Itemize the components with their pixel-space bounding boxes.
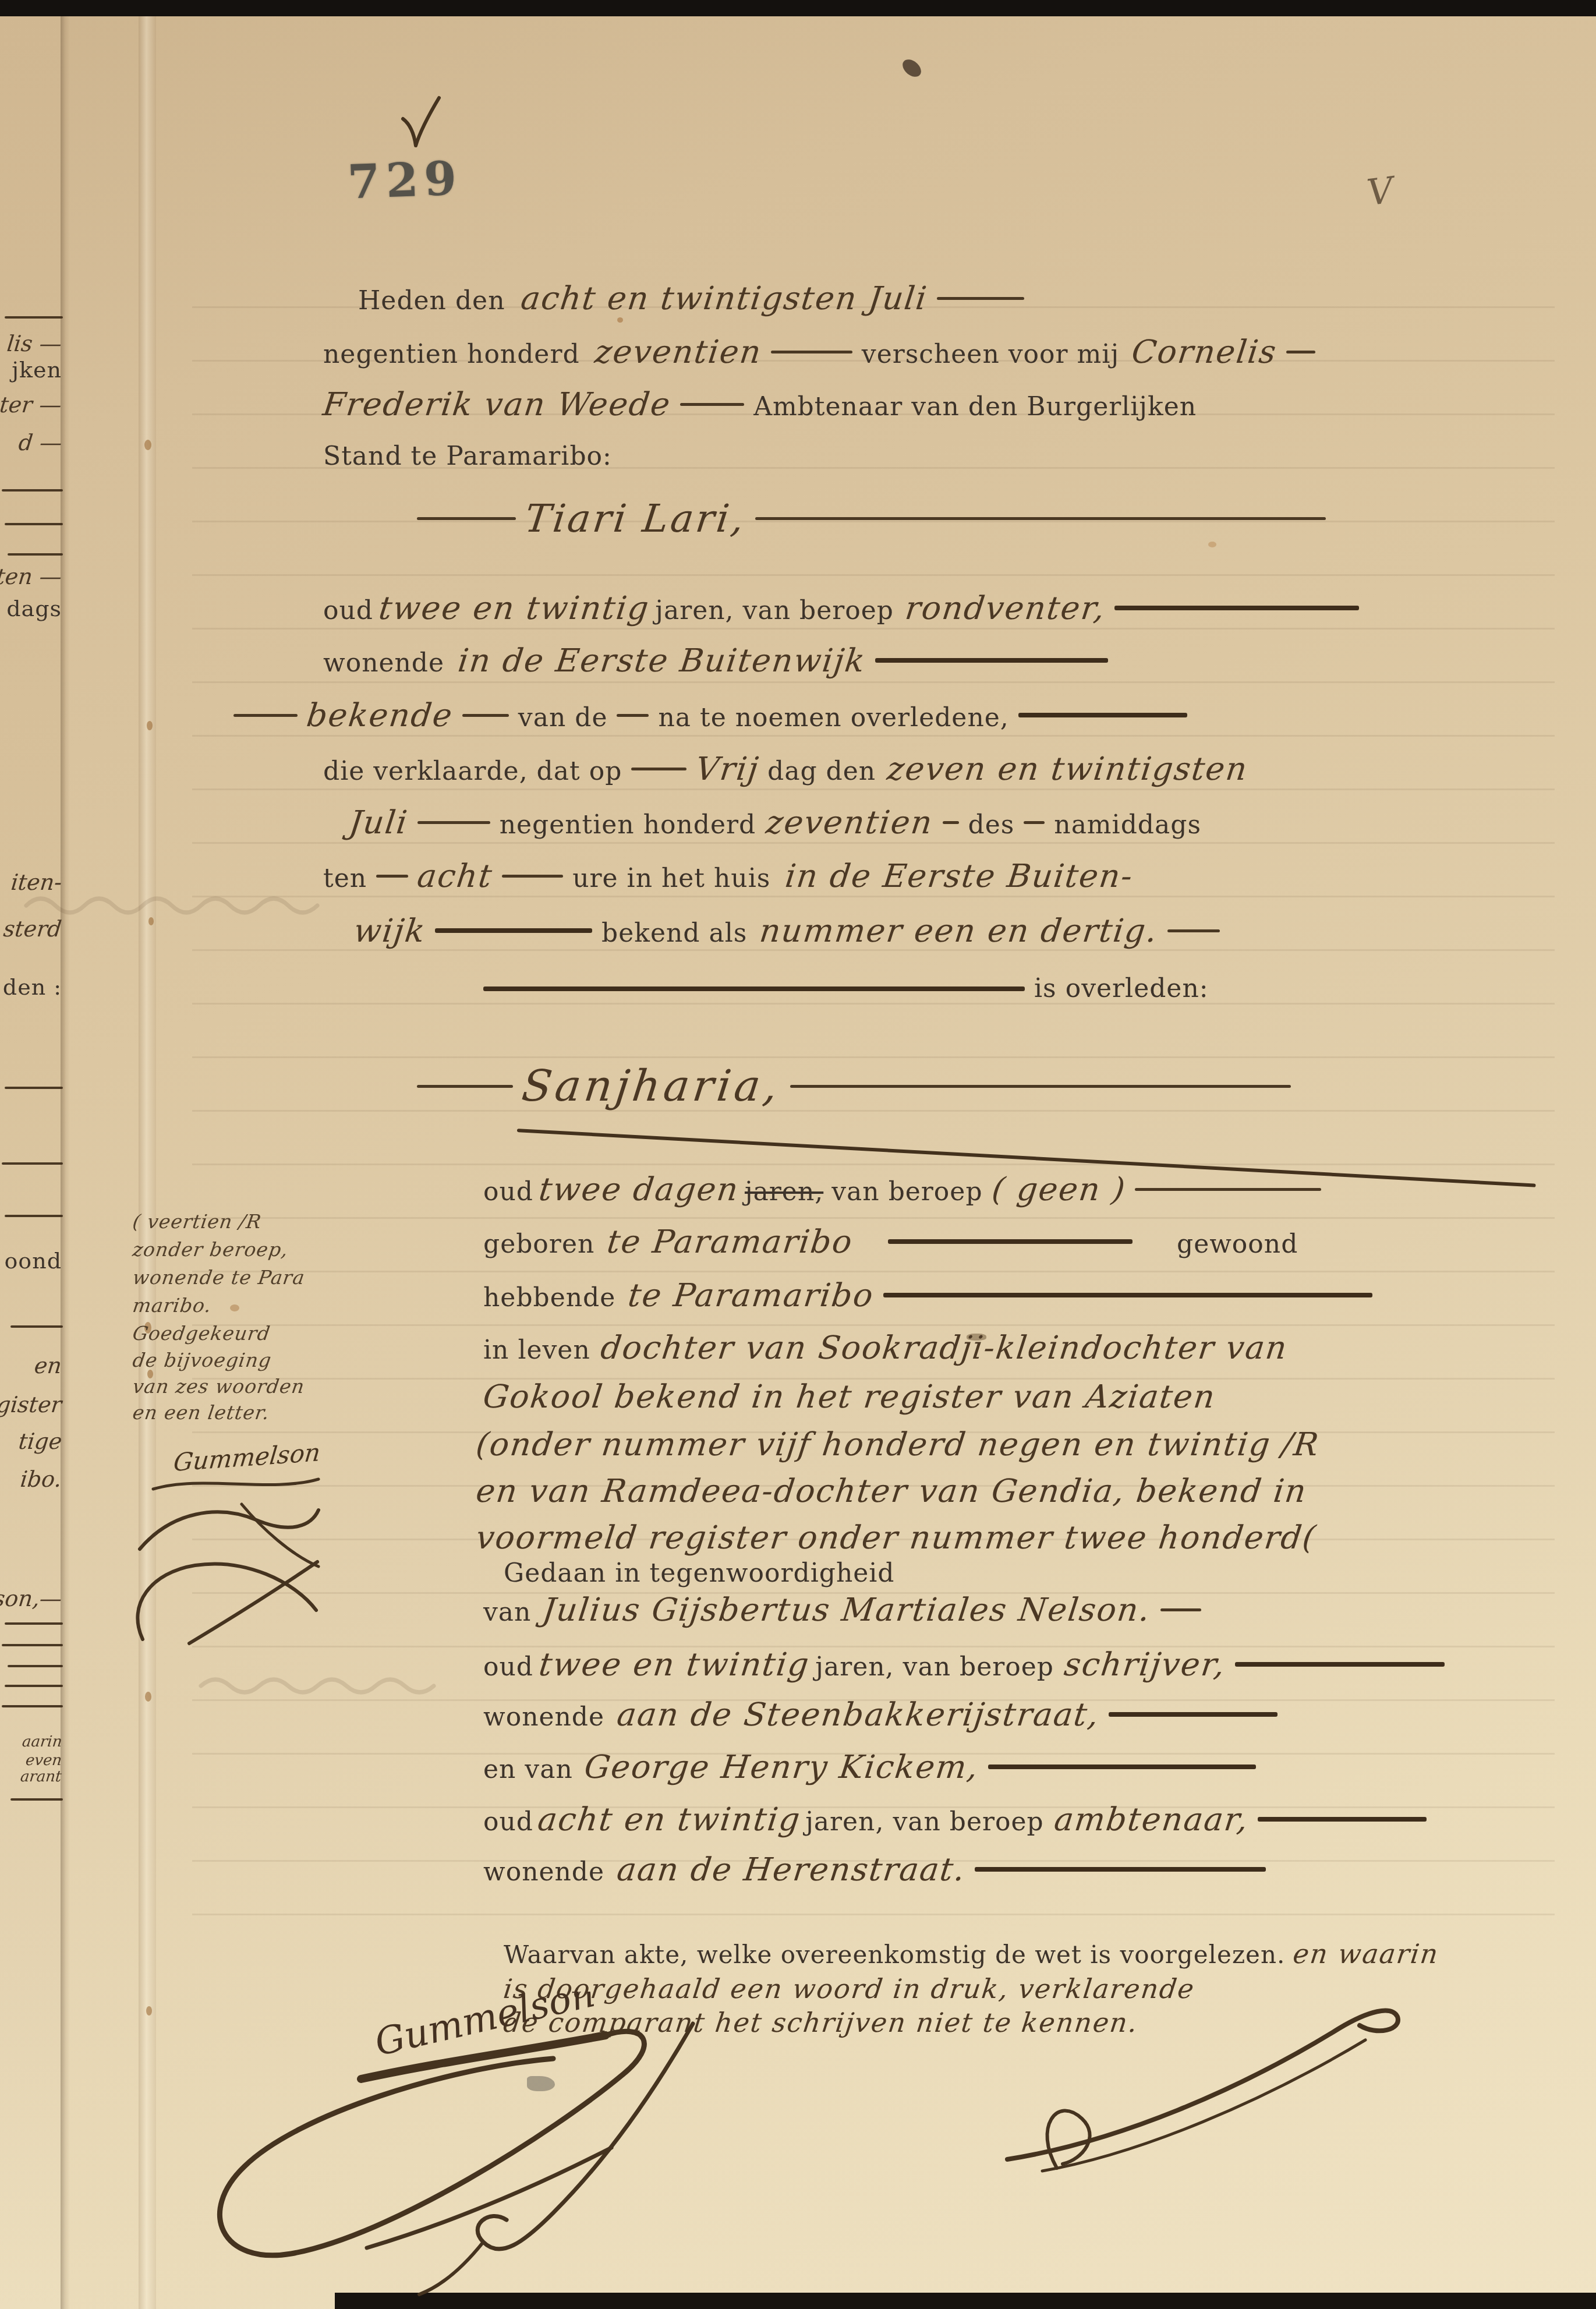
margin-note-line: ( veertien /R: [131, 1210, 263, 1233]
prev-fragment: lson,—: [0, 1586, 63, 1611]
margin-note-line: en een letter.: [131, 1401, 271, 1424]
filler-dash: [771, 351, 852, 353]
margin-note-line: van zes woorden: [131, 1375, 306, 1398]
print-text: oud: [323, 596, 373, 625]
act-line-wonende: wonende in de Eerste Buitenwijk: [323, 642, 1117, 679]
handwritten-name: Tiari Lari,: [522, 496, 748, 541]
filler-dash: [417, 821, 490, 824]
handwritten-text: Cornelis: [1130, 333, 1279, 370]
act-line-getuige2: en van George Henry Kickem,: [483, 1748, 1265, 1785]
rust-stain: [144, 440, 151, 450]
filler-dash: [617, 714, 649, 717]
act-line-verklaarde: die verklaarde, dat op Vrij dag den zeve…: [323, 750, 1248, 787]
act-line-leeftijd-overledene: oud twee dagen jaren, van beroep ( geen …: [483, 1171, 1330, 1208]
act-line-getuige2-oud: oud acht en twintig jaren, van beroep am…: [483, 1801, 1436, 1838]
prev-rule: [8, 1665, 63, 1667]
prev-fragment: lis —: [6, 331, 63, 356]
handwritten-text: Gokool bekend in het register van Aziate…: [481, 1378, 1218, 1415]
prev-fragment: aarin: [21, 1733, 63, 1751]
bleed-through-mark: [23, 885, 349, 922]
handwritten-text: Juli: [347, 804, 410, 841]
filler-dash: [888, 1239, 1133, 1244]
filler-dash: [1160, 1608, 1201, 1611]
print-text: van de: [518, 703, 608, 733]
prev-rule: [5, 1685, 63, 1687]
print-text: bekend als: [601, 918, 747, 948]
act-line-uur: ten acht ure in het huis in de Eerste Bu…: [323, 857, 1134, 894]
print-text: die verklaarde, dat op: [323, 756, 622, 786]
filler-dash: [631, 768, 686, 770]
print-text: en van: [483, 1755, 573, 1784]
prev-rule: [5, 316, 63, 319]
print-text: hebbende: [483, 1283, 615, 1313]
print-text: negentien honderd: [500, 810, 756, 840]
act-line-maand: Juli negentien honderd zeventien des nam…: [349, 804, 1201, 841]
margin-note-line: maribo.: [131, 1294, 213, 1317]
handwritten-text: acht en twintigsten Juli: [519, 280, 930, 317]
witness-signature-flourish: [990, 1979, 1409, 2179]
prev-fragment: den :: [3, 974, 62, 1000]
act-line-jaar: negentien honderd zeventien verscheen vo…: [323, 333, 1325, 370]
record-number-stamp: 729: [346, 151, 463, 210]
act-line-getuige1-oud: oud twee en twintig jaren, van beroep sc…: [483, 1646, 1454, 1683]
print-text: geboren: [483, 1229, 594, 1259]
print-text: des: [968, 810, 1015, 840]
print-text: Ambtenaar van den Burgerlijken: [753, 392, 1197, 422]
page-gutter-shadow: [61, 16, 70, 2309]
pencil-v-mark: V: [1365, 169, 1396, 214]
margin-note-line: wonende te Para: [131, 1266, 306, 1289]
handwritten-text: (onder nummer vijf honderd negen en twin…: [474, 1426, 1322, 1463]
act-line-leeftijd: oud twee en twintig jaren, van beroep ro…: [323, 589, 1368, 627]
handwritten-text: zeventien: [593, 333, 764, 370]
foxing-spot: [230, 1304, 239, 1311]
print-text: is overleden:: [1034, 974, 1209, 1003]
print-text: Waarvan akte, welke overeenkomstig de we…: [504, 1940, 1285, 1969]
act-line-overledene-naam: Sanjharia,: [408, 1061, 1300, 1111]
print-text: wonende: [323, 648, 444, 678]
handwritten-text: acht en twintig: [536, 1801, 803, 1838]
handwritten-text: ( geen ): [990, 1171, 1128, 1208]
print-text: wonende: [483, 1857, 604, 1887]
prev-fragment: sten —: [0, 564, 63, 589]
prev-rule: [2, 1705, 63, 1707]
clerk-signature: Gummelson: [146, 1992, 821, 2303]
binding-crease: [139, 16, 156, 2309]
handwritten-text: in de Eerste Buitenwijk: [456, 642, 868, 679]
prev-rule: [5, 1622, 63, 1625]
filler-dash: [1235, 1662, 1445, 1667]
filler-dash: [1018, 713, 1187, 717]
pencil-checkmark-icon: [399, 93, 444, 154]
print-text: Heden den: [358, 286, 505, 316]
handwritten-text: en waarin: [1291, 1938, 1441, 1969]
filler-dash: [937, 297, 1024, 300]
print-text: Gedaan in tegenwoordigheid: [504, 1558, 895, 1588]
print-text: gewoond: [1177, 1229, 1298, 1259]
prev-fragment: even: [24, 1752, 62, 1769]
act-line-overleden: is overleden:: [483, 974, 1209, 1003]
handwritten-text: acht: [415, 857, 495, 894]
act-line-geboren: geboren te Paramaribo gewoond: [483, 1223, 1298, 1260]
filler-dash: [1258, 1817, 1427, 1822]
handwritten-text: in de Eerste Buiten-: [783, 857, 1135, 894]
act-line-heden: Heden den acht en twintigsten Juli: [358, 280, 1034, 317]
handwritten-text: schrijver,: [1062, 1646, 1228, 1683]
print-text: oud: [483, 1807, 533, 1837]
handwritten-name: George Henry Kickem,: [582, 1748, 981, 1785]
handwritten-text: twee dagen: [537, 1171, 741, 1208]
filler-dash: [462, 714, 509, 717]
filler-dash: [1167, 929, 1220, 932]
prev-rule: [2, 489, 63, 491]
act-line-register2: (onder nummer vijf honderd negen en twin…: [476, 1426, 1319, 1463]
filler-dash: [1135, 1188, 1321, 1191]
act-line-register1: Gokool bekend in het register van Aziate…: [483, 1378, 1216, 1415]
filler-dash: [1024, 821, 1045, 824]
prev-fragment: ister —: [0, 392, 63, 418]
filler-dash: [435, 928, 592, 933]
handwritten-name: Julius Gijsbertus Martiales Nelson.: [541, 1591, 1153, 1628]
rust-stain: [145, 1692, 151, 1702]
print-text: oud: [483, 1652, 533, 1682]
act-line-bekende: bekende van de na te noemen overledene,: [224, 696, 1197, 734]
act-line-slot: Waarvan akte, welke overeenkomstig de we…: [504, 1938, 1439, 1969]
prev-fragment: ibo.: [19, 1466, 63, 1492]
handwritten-text: Frederik van Weede: [321, 386, 673, 423]
print-text: ure in het huis: [572, 864, 770, 893]
handwritten-text: voormeld register onder nummer twee hond…: [474, 1519, 1319, 1556]
print-text: jaren, van beroep: [805, 1807, 1044, 1837]
print-text: jaren, van beroep: [815, 1652, 1054, 1682]
prev-fragment: d —: [17, 430, 63, 455]
filler-dash: [943, 821, 959, 824]
print-text: wonende: [483, 1702, 604, 1732]
print-text: Stand te Paramaribo:: [323, 441, 612, 471]
filler-dash: [233, 714, 298, 717]
prev-rule: [5, 1087, 63, 1089]
handwritten-text: te Paramaribo: [626, 1277, 876, 1314]
filler-dash: [790, 1085, 1291, 1088]
print-text: van beroep: [831, 1177, 982, 1207]
prev-rule: [2, 1162, 63, 1165]
print-text: verscheen voor mij: [862, 340, 1119, 369]
handwritten-text: zeventien: [764, 804, 935, 841]
act-line-wijk: wijk bekend als nummer een en dertig.: [354, 912, 1229, 949]
handwritten-text: zeven en twintigsten: [885, 750, 1250, 787]
bleed-through-mark: [198, 1666, 443, 1703]
prev-fragment: tige: [17, 1428, 63, 1454]
print-text: namiddags: [1054, 810, 1201, 840]
filler-dash: [875, 658, 1108, 663]
prev-fragment: oond: [4, 1248, 62, 1274]
act-line-register4: voormeld register onder nummer twee hond…: [476, 1519, 1317, 1556]
filler-dash: [975, 1867, 1266, 1872]
handwritten-name: Sanjharia,: [519, 1061, 784, 1111]
filler-dash: [376, 875, 408, 878]
act-line-getuige2-adres: wonende aan de Herenstraat.: [483, 1851, 1275, 1888]
prev-rule: [10, 1798, 63, 1801]
print-text: in leven: [483, 1335, 590, 1365]
prev-rule: [10, 1325, 63, 1328]
filler-dash: [1114, 606, 1359, 610]
prev-fragment: gister: [0, 1392, 63, 1417]
filler-dash: [417, 517, 516, 520]
prev-fragment: dags: [6, 596, 62, 621]
handwritten-text: nummer een en dertig.: [758, 912, 1160, 949]
act-line-hebbende: hebbende te Paramaribo: [483, 1277, 1382, 1314]
handwritten-text: te Paramaribo: [605, 1223, 855, 1260]
print-text: negentien honderd: [323, 340, 580, 369]
rust-stain: [147, 721, 153, 730]
prev-fragment: jken: [12, 357, 62, 383]
handwritten-text: dochter van Sookradji-kleindochter van: [599, 1329, 1290, 1366]
handwritten-text: wijk: [352, 912, 428, 949]
foxing-spot: [617, 317, 623, 323]
act-line-getuige1-adres: wonende aan de Steenbakkerijstraat,: [483, 1696, 1287, 1733]
handwritten-text: en van Ramdeea-dochter van Gendia, beken…: [474, 1472, 1309, 1509]
print-text: na te noemen overledene,: [658, 703, 1008, 733]
prev-rule: [2, 1644, 63, 1646]
death-record-scan: lis — jken ister — d — sten — dags iten-…: [0, 0, 1596, 2309]
margin-signature-flourish: [119, 1549, 323, 1650]
ink-blot: [899, 56, 924, 80]
filler-dash: [988, 1765, 1256, 1769]
print-text: oud: [483, 1177, 533, 1207]
handwritten-text: aan de Herenstraat.: [615, 1851, 968, 1888]
print-text: jaren, van beroep: [655, 596, 894, 625]
filler-dash: [502, 875, 563, 878]
act-line-comparant: Tiari Lari,: [408, 496, 1335, 541]
act-line-gedaan: Gedaan in tegenwoordigheid: [504, 1558, 895, 1588]
margin-note-line: zonder beroep,: [131, 1238, 289, 1261]
prev-rule: [5, 523, 63, 525]
handwritten-text: Vrij: [693, 750, 762, 787]
margin-note-line: de bijvoeging: [131, 1349, 273, 1371]
filler-dash: [1286, 351, 1315, 353]
filler-dash: [1109, 1712, 1277, 1717]
handwritten-text: rondventer,: [903, 589, 1107, 627]
foxing-spot: [1208, 542, 1216, 547]
filler-dash: [755, 517, 1326, 520]
handwritten-text: ambtenaar,: [1052, 1801, 1251, 1838]
print-text-struck: jaren,: [745, 1177, 823, 1207]
handwritten-text: aan de Steenbakkerijstraat,: [615, 1696, 1102, 1733]
prev-fragment: arant: [20, 1768, 63, 1785]
prev-fragment: en: [33, 1353, 63, 1378]
previous-page-edge: lis — jken ister — d — sten — dags iten-…: [0, 16, 65, 2309]
act-line-inleven: in leven dochter van Sookradji-kleindoch…: [483, 1329, 1287, 1366]
prev-rule: [5, 1215, 63, 1217]
act-line-stand: Stand te Paramaribo:: [323, 441, 612, 471]
scan-top-edge: [0, 0, 1596, 16]
act-line-ambtenaar: Frederik van Weede Ambtenaar van den Bur…: [323, 386, 1197, 423]
filler-dash: [883, 1293, 1372, 1297]
handwritten-text: twee en twintig: [377, 589, 652, 627]
act-line-register3: en van Ramdeea-dochter van Gendia, beken…: [476, 1472, 1307, 1509]
print-text: van: [483, 1597, 531, 1627]
handwritten-text: twee en twintig: [537, 1646, 812, 1683]
print-text: dag den: [767, 756, 876, 786]
margin-note-line: Goedgekeurd: [131, 1322, 272, 1345]
filler-dash: [680, 403, 744, 406]
filler-dash: [483, 986, 1025, 991]
act-line-getuige1: van Julius Gijsbertus Martiales Nelson.: [483, 1591, 1211, 1628]
handwritten-text: bekende: [305, 696, 455, 734]
prev-rule: [8, 553, 63, 556]
filler-dash: [417, 1085, 513, 1088]
